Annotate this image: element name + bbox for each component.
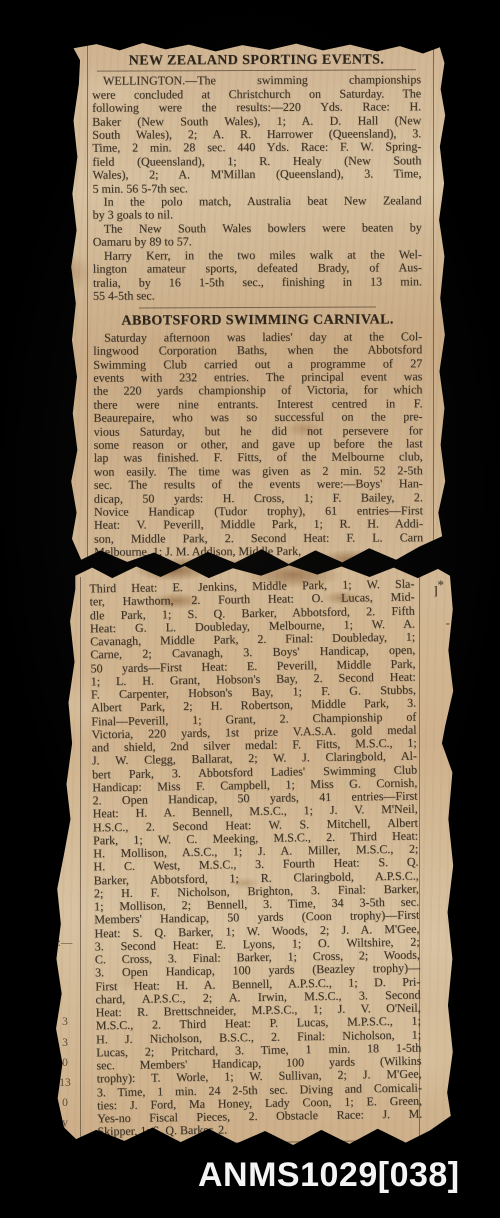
newsprint-line: Skipper, 1; S. Q. Barker, 2.	[97, 1121, 422, 1139]
torn-column-digit-fragment: 0	[52, 1097, 78, 1109]
printers-bracket-mark: [	[60, 593, 64, 609]
printers-bracket-mark: *	[438, 577, 445, 593]
torn-column-digit-fragment: 13	[52, 1077, 78, 1089]
torn-column-digit-fragment: 0	[52, 1057, 78, 1069]
section-divider-rule	[143, 1140, 377, 1144]
archive-photograph: NEW ZEALAND SPORTING EVENTS.WELLINGTON.—…	[0, 0, 500, 1218]
newsprint-line: Melbourne, 1; J. M. Addison, Middle Park…	[94, 544, 423, 559]
newsprint-column: NEW ZEALAND SPORTING EVENTS.WELLINGTON.—…	[61, 41, 447, 559]
torn-column-digit-fragment: 3	[52, 1016, 78, 1028]
torn-column-digit-fragment: 3	[52, 1037, 78, 1049]
section-divider-rule	[97, 70, 416, 72]
printers-bracket-mark: -	[446, 615, 450, 631]
article-headline: ABBOTSFORD SWIMMING CARNIVAL.	[93, 314, 422, 329]
newspaper-clipping-top: NEW ZEALAND SPORTING EVENTS.WELLINGTON.—…	[62, 42, 446, 565]
newsprint-line: In the polo match, Australia beat New Ze…	[93, 194, 422, 209]
newsprint-line: 55 4-5th sec.	[93, 288, 422, 303]
newsprint-column: Third Heat: E. Jenkins, Middle Park, 1; …	[52, 560, 463, 1145]
newsprint-line: tralia, by 16 1-5th sec., finishing in 1…	[93, 275, 422, 290]
torn-column-digit-fragment: :—	[52, 937, 78, 949]
newspaper-clipping-bottom: Third Heat: E. Jenkins, Middle Park, 1; …	[52, 563, 454, 1145]
article-headline: NEW ZEALAND SPORTING EVENTS.	[92, 53, 421, 68]
torn-column-digit-fragment: y	[52, 1117, 78, 1129]
newsprint-line: Wales), 2; A. M'Millan (Queensland), 3. …	[92, 168, 421, 183]
section-divider-rule	[139, 307, 376, 309]
newsprint-line: The New South Wales bowlers were beaten …	[93, 221, 422, 236]
archive-reference-label: ANMS1029[038]	[198, 1156, 460, 1195]
